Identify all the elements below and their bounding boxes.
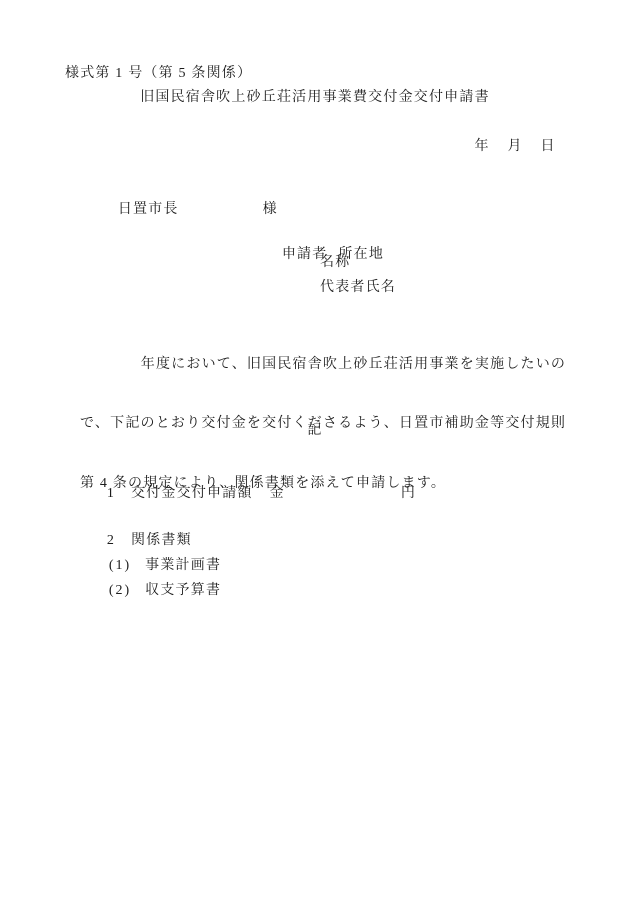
addressee-name: 日置市長: [118, 202, 179, 217]
item-number-1: 1: [107, 486, 115, 501]
addressee-honorific: 様: [263, 202, 278, 217]
ki-heading: 記: [0, 422, 630, 439]
body-line-1: 年度において、旧国民宿舎吹上砂丘荘活用事業を実施したいの: [80, 352, 585, 377]
currency-prefix: 金: [270, 486, 285, 501]
form-number: 様式第 1 号（第 5 条関係）: [65, 65, 252, 82]
application-form-page: 様式第 1 号（第 5 条関係） 旧国民宿舎吹上砂丘荘活用事業費交付金交付申請書…: [0, 0, 630, 903]
applicant-representative-label: 代表者氏名: [320, 279, 396, 296]
request-amount-label: 交付金交付申請額: [131, 486, 253, 501]
document-name-2: 収支予算書: [145, 583, 221, 598]
addressee-line: 日置市長様: [99, 184, 278, 235]
date-field: 年 月 日: [475, 138, 558, 155]
list-marker-2: (2): [109, 583, 131, 598]
request-amount-line: 1交付金交付申請額金円: [88, 468, 416, 519]
document-title: 旧国民宿舎吹上砂丘荘活用事業費交付金交付申請書: [0, 89, 630, 106]
applicant-name-label: 名称: [320, 254, 350, 271]
currency-suffix: 円: [401, 486, 416, 501]
document-list-item: (2)収支予算書: [90, 565, 221, 616]
